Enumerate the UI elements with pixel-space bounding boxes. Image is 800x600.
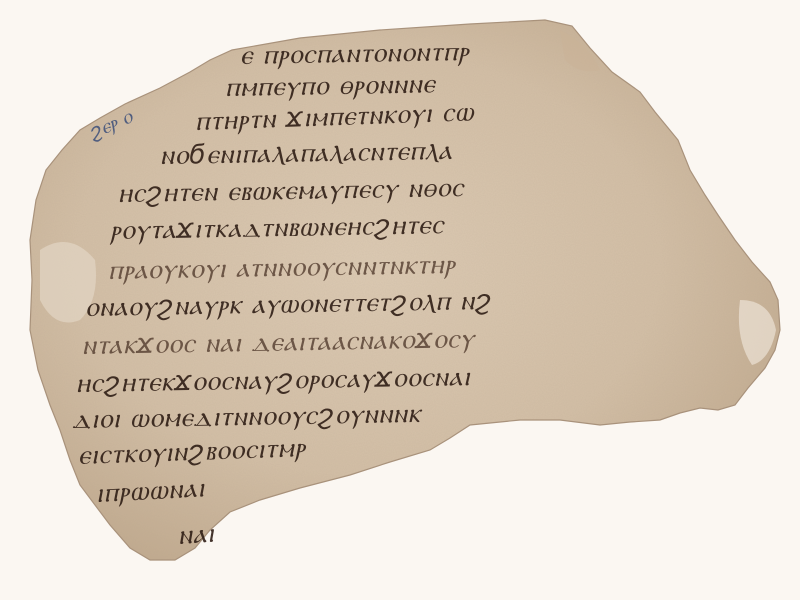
inscription-line: ⲛⲧⲁⲕϫⲟⲟⲥ ⲛⲁⲓ ⲇⲉⲁⲓⲧⲁⲁⲥⲛⲁⲕⲟϫⲟⲥⲩ	[82, 323, 475, 362]
inscription-line: ⲓⲡⲣⲱⲱⲛⲁⲓ	[95, 472, 206, 510]
inscription-line: ⲏⲥϩⲏⲧⲉⲕϫⲟⲟⲥⲛⲁⲩϩⲟⲣⲟⲥⲁⲩϫⲟⲟⲥⲛⲁⲓ	[76, 361, 471, 400]
inscription-line: ⲛⲁⲓ	[177, 517, 216, 551]
blue-ink-annotation: ϩⲉⲣ ⲟ	[85, 104, 136, 144]
inscription-line: ⲉ ⲡⲣⲟⲥⲡⲁⲛⲧⲟⲛⲟⲛⲧⲡⲣ	[240, 36, 470, 72]
inscription-line: ⲉⲓⲥⲧⲕⲟⲩⲓⲛϩⲃⲟⲟⲥⲓⲧⲙⲣ	[77, 432, 306, 472]
inscription-line: ⲇⲓⲟⲓ ⲱⲟⲙⲉⲇⲓⲧⲛⲛⲟⲟⲩⲥϩⲟⲩⲛⲛⲛⲕ	[72, 398, 422, 436]
inscription-line: ⲡⲣⲁⲟⲩⲕⲟⲩⲓ ⲁⲧⲛⲛⲟⲟⲩⲥⲛⲛⲧⲛⲕⲧⲏⲣ	[108, 249, 456, 287]
inscription-line: ⲛⲟϭⲉⲛⲓⲡⲁⲗⲁⲡⲁⲗⲁⲥⲛⲧⲉⲡⲗⲁ	[160, 135, 453, 172]
photo-stage: ϩⲉⲣ ⲟ ⲉ ⲡⲣⲟⲥⲡⲁⲛⲧⲟⲛⲟⲛⲧⲡⲣ ⲡⲙⲡⲉⲩⲡⲟ ⲑⲣⲟⲛⲛⲛⲉ …	[0, 0, 800, 600]
inscription-line: ⲟⲛⲁⲟⲩϩⲛⲁⲩⲣⲕ ⲁⲩⲱⲟⲛⲉⲧⲧⲉⲧϩⲟⲗⲡ ⲛϩ	[85, 285, 493, 324]
inscription-line: ⲣⲟⲩⲧⲁϫⲓⲧⲕⲁⲇⲧⲛⲃⲱⲛⲉⲏⲥϩⲏⲧⲉⲥ	[110, 209, 445, 247]
inscription-line: ⲏⲥϩⲏⲧⲉⲛ ⲉⲃⲱⲕⲉⲙⲁⲩⲡⲉⲥⲩ ⲛⲑⲟⲥ	[118, 172, 464, 210]
inscription: ϩⲉⲣ ⲟ ⲉ ⲡⲣⲟⲥⲡⲁⲛⲧⲟⲛⲟⲛⲧⲡⲣ ⲡⲙⲡⲉⲩⲡⲟ ⲑⲣⲟⲛⲛⲛⲉ …	[0, 0, 800, 600]
